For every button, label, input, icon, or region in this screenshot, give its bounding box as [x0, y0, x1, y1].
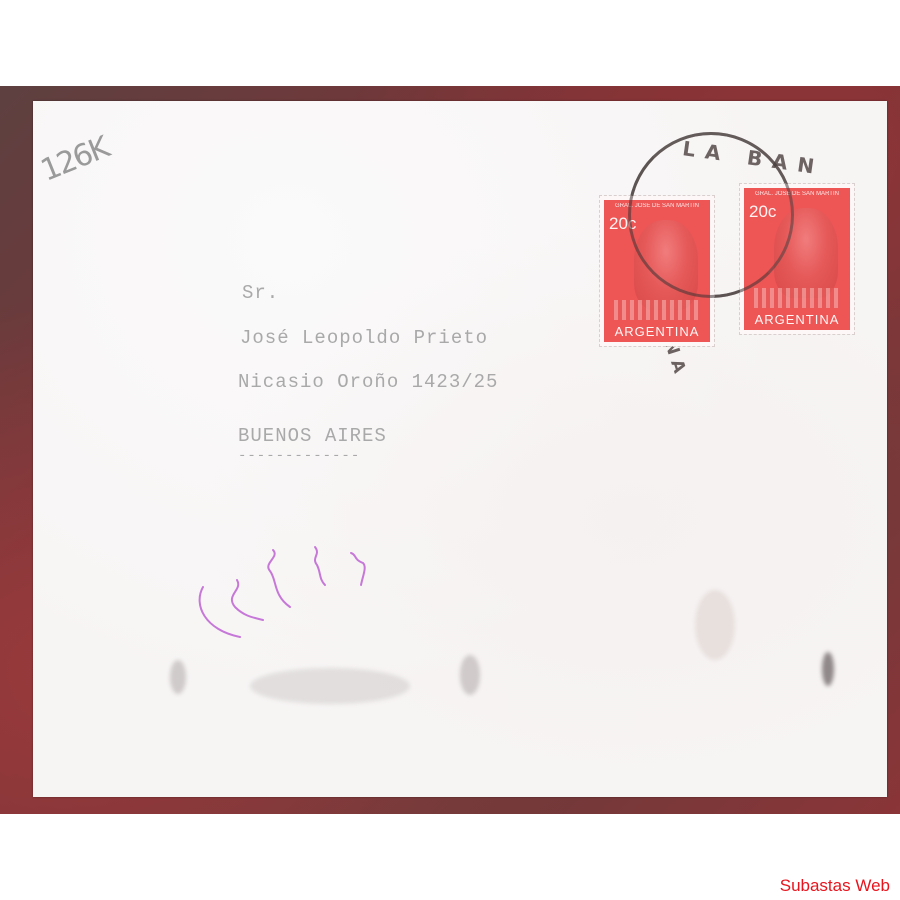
address-line-salutation: Sr.: [242, 282, 279, 304]
address-line-street: Nicasio Oroño 1423/25: [238, 371, 498, 393]
ink-smudge: [250, 668, 410, 704]
ink-smudge: [822, 652, 834, 686]
watermark: Subastas Web: [780, 876, 890, 896]
stamp-country: ARGENTINA: [744, 312, 850, 327]
address-line-name: José Leopoldo Prieto: [240, 327, 488, 349]
pencil-marks: [185, 545, 385, 645]
stamp-country: ARGENTINA: [604, 324, 710, 339]
uniform-detail: [754, 288, 840, 308]
stain: [695, 590, 735, 660]
uniform-detail: [614, 300, 700, 320]
address-line-city: BUENOS AIRES: [238, 425, 387, 447]
postmark-overlay: [628, 132, 794, 298]
address-underline: -------------: [238, 448, 360, 464]
ink-smudge: [460, 655, 480, 695]
ink-smudge: [170, 660, 186, 694]
